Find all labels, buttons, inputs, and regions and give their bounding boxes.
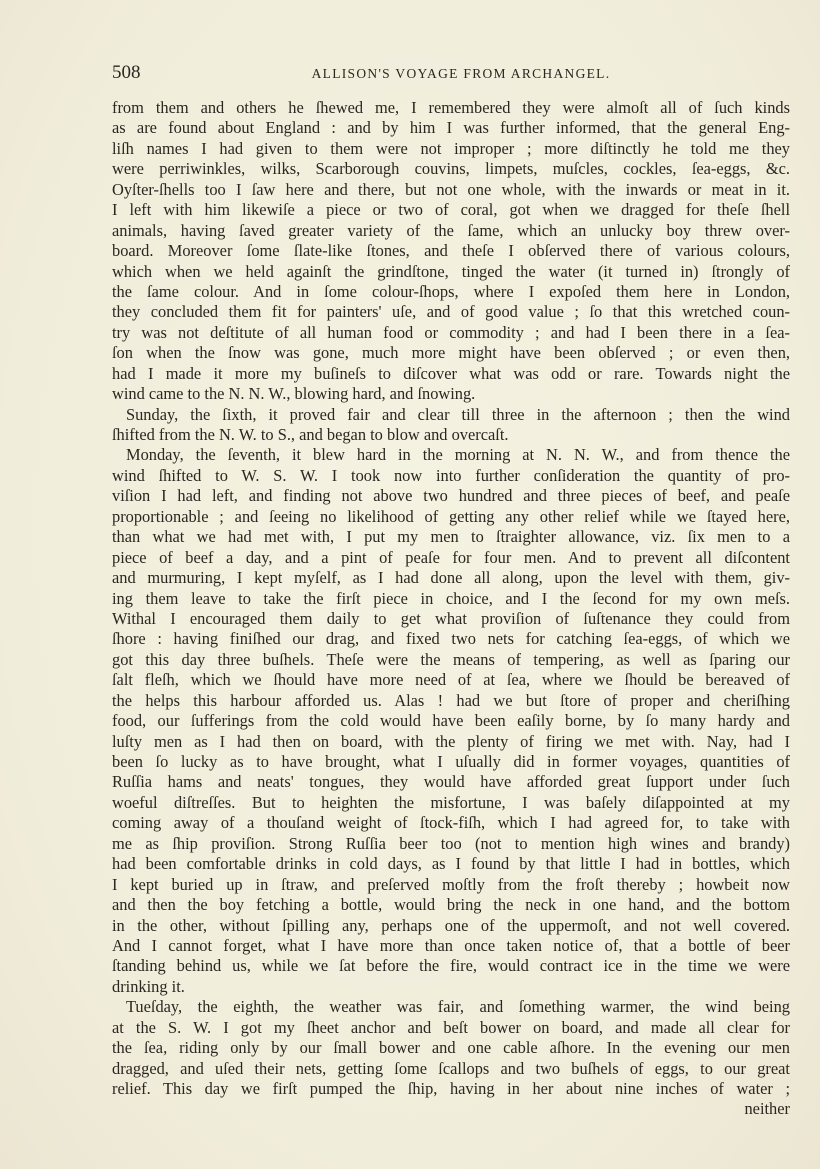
text-line: wind ſhifted to W. S. W. I took now into… bbox=[112, 466, 790, 486]
text-line: proportionable ; and ſeeing no likelihoo… bbox=[112, 507, 790, 527]
text-line: ſalt fleſh, which we ſhould have more ne… bbox=[112, 670, 790, 690]
text-line: and then the boy fetching a bottle, woul… bbox=[112, 895, 790, 915]
text-line: ing them leave to take the firſt piece i… bbox=[112, 589, 790, 609]
text-line: viſion I had left, and finding not above… bbox=[112, 486, 790, 506]
text-line: Sunday, the ſixth, it proved fair and cl… bbox=[112, 405, 790, 425]
text-line: the ſame colour. And in ſome colour-ſhop… bbox=[112, 282, 790, 302]
text-line: from them and others he ſhewed me, I rem… bbox=[112, 98, 790, 118]
text-line: woeful diſtreſſes. But to heighten the m… bbox=[112, 793, 790, 813]
text-line: Monday, the ſeventh, it blew hard in the… bbox=[112, 445, 790, 465]
text-line: got this day three buſhels. Theſe were t… bbox=[112, 650, 790, 670]
text-line: as are found about England : and by him … bbox=[112, 118, 790, 138]
text-line: which when we held againſt the grindſton… bbox=[112, 262, 790, 282]
page-header: 508 ALLISON'S VOYAGE FROM ARCHANGEL. bbox=[112, 62, 790, 86]
text-line: and murmuring, I kept myſelf, as I had d… bbox=[112, 568, 790, 588]
text-line: than what we had met with, I put my men … bbox=[112, 527, 790, 547]
text-line: I left with him likewiſe a piece or two … bbox=[112, 200, 790, 220]
text-line: drinking it. bbox=[112, 977, 790, 997]
text-line: ſon when the ſnow was gone, much more mi… bbox=[112, 343, 790, 363]
running-title: ALLISON'S VOYAGE FROM ARCHANGEL. bbox=[112, 66, 790, 82]
text-line: food, our ſufferings from the cold would… bbox=[112, 711, 790, 731]
text-line: Tueſday, the eighth, the weather was fai… bbox=[112, 997, 790, 1017]
text-line: liſh names I had given to them were not … bbox=[112, 139, 790, 159]
text-line: ſtanding behind us, while we ſat before … bbox=[112, 956, 790, 976]
catchword: neither bbox=[112, 1099, 790, 1119]
text-line: had I made it more my buſineſs to diſcov… bbox=[112, 364, 790, 384]
text-line: relief. This day we firſt pumped the ſhi… bbox=[112, 1079, 790, 1099]
text-line: piece of beef a day, and a pint of peaſe… bbox=[112, 548, 790, 568]
text-line: at the S. W. I got my ſheet anchor and b… bbox=[112, 1018, 790, 1038]
text-line: had been comfortable drinks in cold days… bbox=[112, 854, 790, 874]
text-line: animals, having ſaved greater variety of… bbox=[112, 221, 790, 241]
text-line: ſhore : having finiſhed our drag, and fi… bbox=[112, 629, 790, 649]
text-line: the ſea, riding only by our ſmall bower … bbox=[112, 1038, 790, 1058]
text-line: Ruſſia hams and neats' tongues, they wou… bbox=[112, 772, 790, 792]
text-line: board. Moreover ſome ſlate-like ſtones, … bbox=[112, 241, 790, 261]
text-line: luſty men as I had then on board, with t… bbox=[112, 732, 790, 752]
text-line: Oyſter-ſhells too I ſaw here and there, … bbox=[112, 180, 790, 200]
text-line: were perriwinkles, wilks, Scarborough co… bbox=[112, 159, 790, 179]
body-text: from them and others he ſhewed me, I rem… bbox=[112, 98, 790, 1120]
text-line: I kept buried up in ſtraw, and preſerved… bbox=[112, 875, 790, 895]
text-line: the helps this harbour afforded us. Alas… bbox=[112, 691, 790, 711]
text-line: they concluded them fit for painters' uſ… bbox=[112, 302, 790, 322]
text-line: been ſo lucky as to have brought, what I… bbox=[112, 752, 790, 772]
text-line: ſhifted from the N. W. to S., and began … bbox=[112, 425, 790, 445]
text-line: coming away of a thouſand weight of ſtoc… bbox=[112, 813, 790, 833]
book-page: 508 ALLISON'S VOYAGE FROM ARCHANGEL. fro… bbox=[0, 0, 820, 1169]
text-line: And I cannot forget, what I have more th… bbox=[112, 936, 790, 956]
text-line: in the other, without ſpilling any, perh… bbox=[112, 916, 790, 936]
text-line: wind came to the N. N. W., blowing hard,… bbox=[112, 384, 790, 404]
text-line: dragged, and uſed their nets, getting ſo… bbox=[112, 1059, 790, 1079]
text-line: Withal I encouraged them daily to get wh… bbox=[112, 609, 790, 629]
text-line: try was not deſtitute of all human food … bbox=[112, 323, 790, 343]
text-line: me as ſhip proviſion. Strong Ruſſia beer… bbox=[112, 834, 790, 854]
